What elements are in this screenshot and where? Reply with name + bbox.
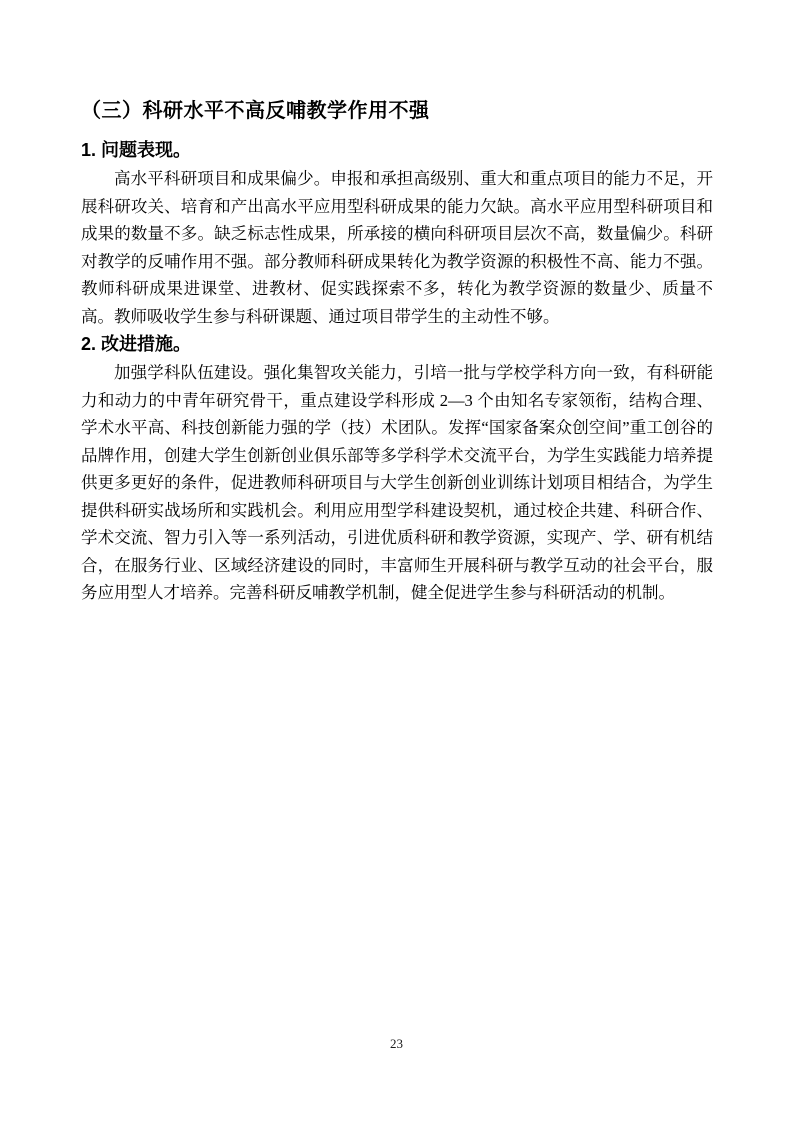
page-number: 23 (0, 1036, 793, 1052)
subsection-1-heading: 1. 问题表现。 (81, 138, 713, 162)
section-heading: （三）科研水平不高反哺教学作用不强 (81, 97, 713, 125)
document-page: （三）科研水平不高反哺教学作用不强 1. 问题表现。 高水平科研项目和成果偏少。… (0, 0, 793, 1122)
subsection-2-heading: 2. 改进措施。 (81, 332, 713, 356)
subsection-2-body: 加强学科队伍建设。强化集智攻关能力，引培一批与学校学科方向一致，有科研能力和动力… (81, 359, 713, 607)
subsection-1-body: 高水平科研项目和成果偏少。申报和承担高级别、重大和重点项目的能力不足，开展科研攻… (81, 165, 713, 330)
document-content: （三）科研水平不高反哺教学作用不强 1. 问题表现。 高水平科研项目和成果偏少。… (81, 97, 713, 609)
